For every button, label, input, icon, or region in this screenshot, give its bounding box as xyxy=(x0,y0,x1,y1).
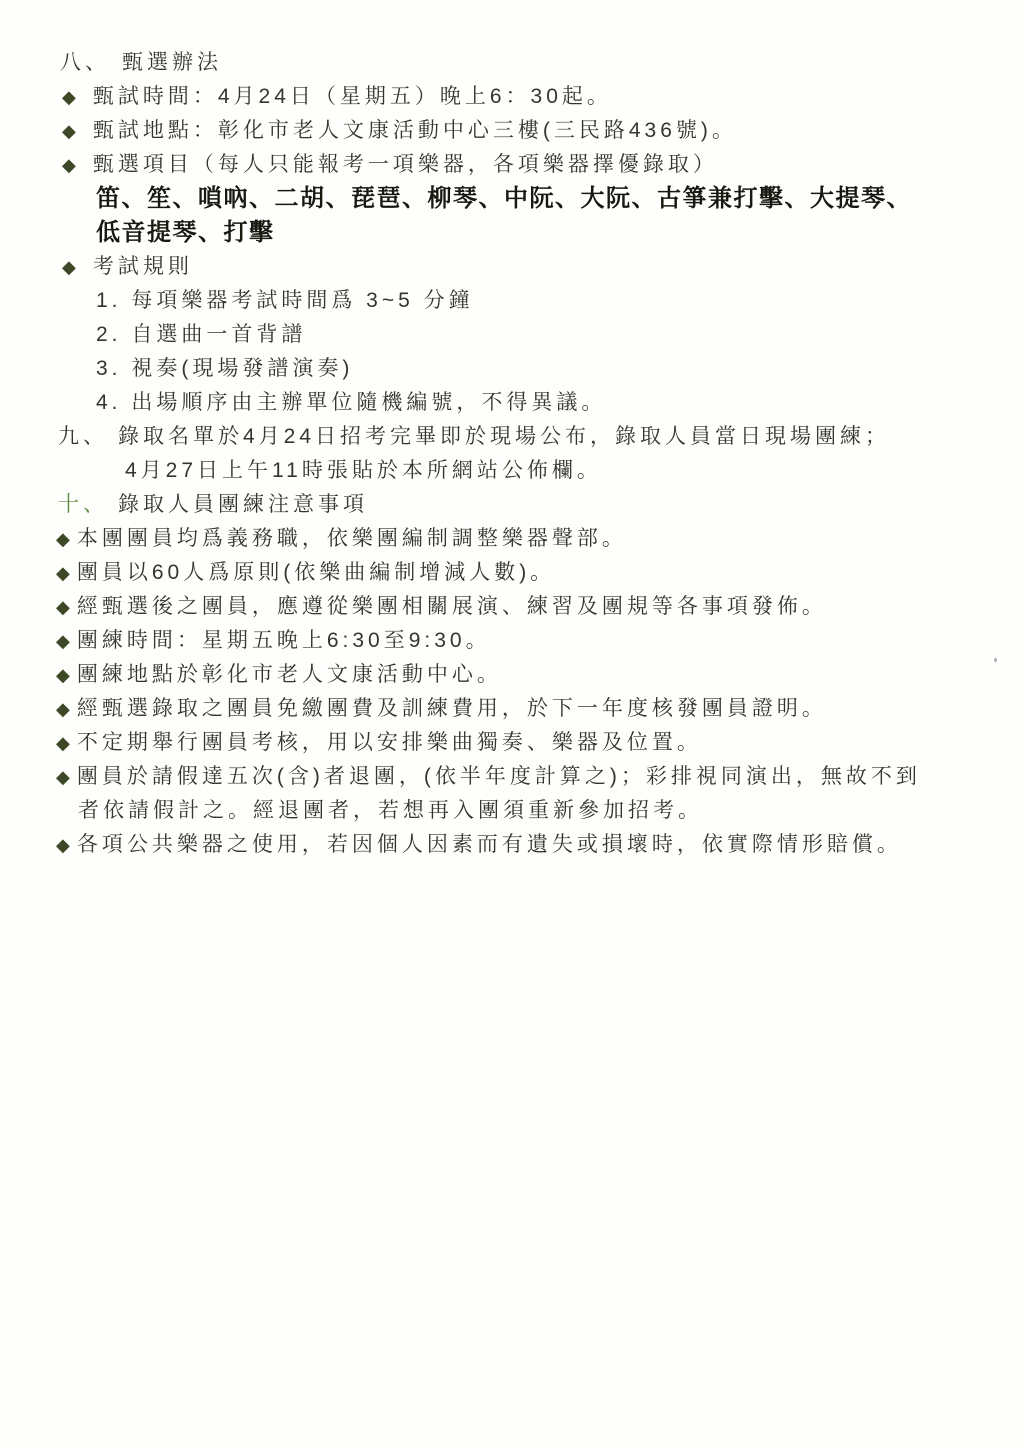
note-rehearsal-time: ◆團練時間：星期五晚上6:30至9:30。 xyxy=(56,624,1014,658)
diamond-bullet-icon: ◆ xyxy=(56,699,74,719)
note-rehearsal-location: ◆團練地點於彰化市老人文康活動中心。 xyxy=(56,658,1014,692)
note-compliance: ◆經甄選後之團員，應遵從樂團相關展演、練習及團規等各事項發佈。 xyxy=(56,590,1014,624)
exam-rules-heading-text: 考試規則 xyxy=(93,255,193,278)
section-8-heading: 八、甄選辦法 xyxy=(60,46,1014,80)
bullet-audition-categories-text: 甄選項目（每人只能報考一項樂器，各項樂器擇優錄取） xyxy=(93,153,718,176)
diamond-bullet-icon: ◆ xyxy=(56,733,74,753)
bullet-audition-time: ◆甄試時間：4月24日（星期五）晚上6：30起。 xyxy=(62,80,1014,114)
section-8-number: 八、 xyxy=(60,51,110,74)
note-instrument-liability-text: 各項公共樂器之使用，若因個人因素而有遺失或損壞時，依實際情形賠償。 xyxy=(77,833,902,856)
exam-rule-4: 4. 出場順序由主辦單位隨機編號，不得異議。 xyxy=(96,386,1014,420)
diamond-bullet-icon: ◆ xyxy=(56,631,74,651)
diamond-bullet-icon: ◆ xyxy=(56,767,74,787)
diamond-bullet-icon: ◆ xyxy=(62,121,80,141)
section-9-text-line-1: 錄取名單於4月24日招考完畢即於現場公布，錄取人員當日現場團練； xyxy=(118,425,890,448)
note-rehearsal-time-text: 團練時間：星期五晚上6:30至9:30。 xyxy=(77,629,491,652)
diamond-bullet-icon: ◆ xyxy=(62,87,80,107)
note-instrument-liability: ◆各項公共樂器之使用，若因個人因素而有遺失或損壞時，依實際情形賠償。 xyxy=(56,828,1014,862)
exam-rule-2: 2. 自選曲一首背譜 xyxy=(96,318,1014,352)
section-9-heading: 九、錄取名單於4月24日招考完畢即於現場公布，錄取人員當日現場團練； xyxy=(58,420,1014,454)
section-10-number: 十、 xyxy=(58,493,108,516)
section-8-title: 甄選辦法 xyxy=(122,51,222,74)
note-compliance-text: 經甄選後之團員，應遵從樂團相關展演、練習及團規等各事項發佈。 xyxy=(77,595,827,618)
document-content: 八、甄選辦法 ◆甄試時間：4月24日（星期五）晚上6：30起。 ◆甄試地點：彰化… xyxy=(0,0,1024,862)
bullet-audition-time-text: 甄試時間：4月24日（星期五）晚上6：30起。 xyxy=(93,85,612,108)
note-assessment-text: 不定期舉行團員考核，用以安排樂曲獨奏、樂器及位置。 xyxy=(77,731,702,754)
section-9-text-line-2: 4月27日上午11時張貼於本所網站公佈欄。 xyxy=(125,454,1014,488)
note-volunteer-duty-text: 本團團員均爲義務職，依樂團編制調整樂器聲部。 xyxy=(77,527,627,550)
diamond-bullet-icon: ◆ xyxy=(56,563,74,583)
exam-rule-3: 3. 視奏(現場發譜演奏) xyxy=(96,352,1014,386)
note-volunteer-duty: ◆本團團員均爲義務職，依樂團編制調整樂器聲部。 xyxy=(56,522,1014,556)
bullet-audition-location-text: 甄試地點：彰化市老人文康活動中心三樓(三民路436號)。 xyxy=(93,119,737,142)
diamond-bullet-icon: ◆ xyxy=(56,665,74,685)
note-fee-waiver: ◆經甄選錄取之團員免繳團費及訓練費用，於下一年度核發團員證明。 xyxy=(56,692,1014,726)
note-leave-policy-text: 團員於請假達五次(含)者退團，(依半年度計算之)；彩排視同演出，無故不到 xyxy=(77,765,921,788)
note-member-count: ◆團員以60人爲原則(依樂曲編制增減人數)。 xyxy=(56,556,1014,590)
note-member-count-text: 團員以60人爲原則(依樂曲編制增減人數)。 xyxy=(77,561,555,584)
section-10-title: 錄取人員團練注意事項 xyxy=(118,493,368,516)
diamond-bullet-icon: ◆ xyxy=(62,155,80,175)
note-assessment: ◆不定期舉行團員考核，用以安排樂曲獨奏、樂器及位置。 xyxy=(56,726,1014,760)
instruments-line-1: 笛、笙、嗩吶、二胡、琵琶、柳琴、中阮、大阮、古箏兼打擊、大提琴、 xyxy=(96,182,1014,216)
document-page: 八、甄選辦法 ◆甄試時間：4月24日（星期五）晚上6：30起。 ◆甄試地點：彰化… xyxy=(0,0,1024,1448)
section-9-number: 九、 xyxy=(58,425,108,448)
note-leave-policy-continuation: 者依請假計之。經退團者，若想再入團須重新參加招考。 xyxy=(78,794,1014,828)
diamond-bullet-icon: ◆ xyxy=(62,257,80,277)
bullet-audition-categories: ◆甄選項目（每人只能報考一項樂器，各項樂器擇優錄取） xyxy=(62,148,1014,182)
note-rehearsal-location-text: 團練地點於彰化市老人文康活動中心。 xyxy=(77,663,502,686)
diamond-bullet-icon: ◆ xyxy=(56,597,74,617)
section-10-heading: 十、錄取人員團練注意事項 xyxy=(58,488,1014,522)
diamond-bullet-icon: ◆ xyxy=(56,835,74,855)
scan-artifact-dot xyxy=(994,658,997,662)
bullet-exam-rules-heading: ◆考試規則 xyxy=(62,250,1014,284)
note-fee-waiver-text: 經甄選錄取之團員免繳團費及訓練費用，於下一年度核發團員證明。 xyxy=(77,697,827,720)
exam-rule-1: 1. 每項樂器考試時間爲 3~5 分鐘 xyxy=(96,284,1014,318)
note-leave-policy: ◆團員於請假達五次(含)者退團，(依半年度計算之)；彩排視同演出，無故不到 xyxy=(56,760,1014,794)
diamond-bullet-icon: ◆ xyxy=(56,529,74,549)
instruments-line-2: 低音提琴、打擊 xyxy=(96,216,1014,250)
bullet-audition-location: ◆甄試地點：彰化市老人文康活動中心三樓(三民路436號)。 xyxy=(62,114,1014,148)
